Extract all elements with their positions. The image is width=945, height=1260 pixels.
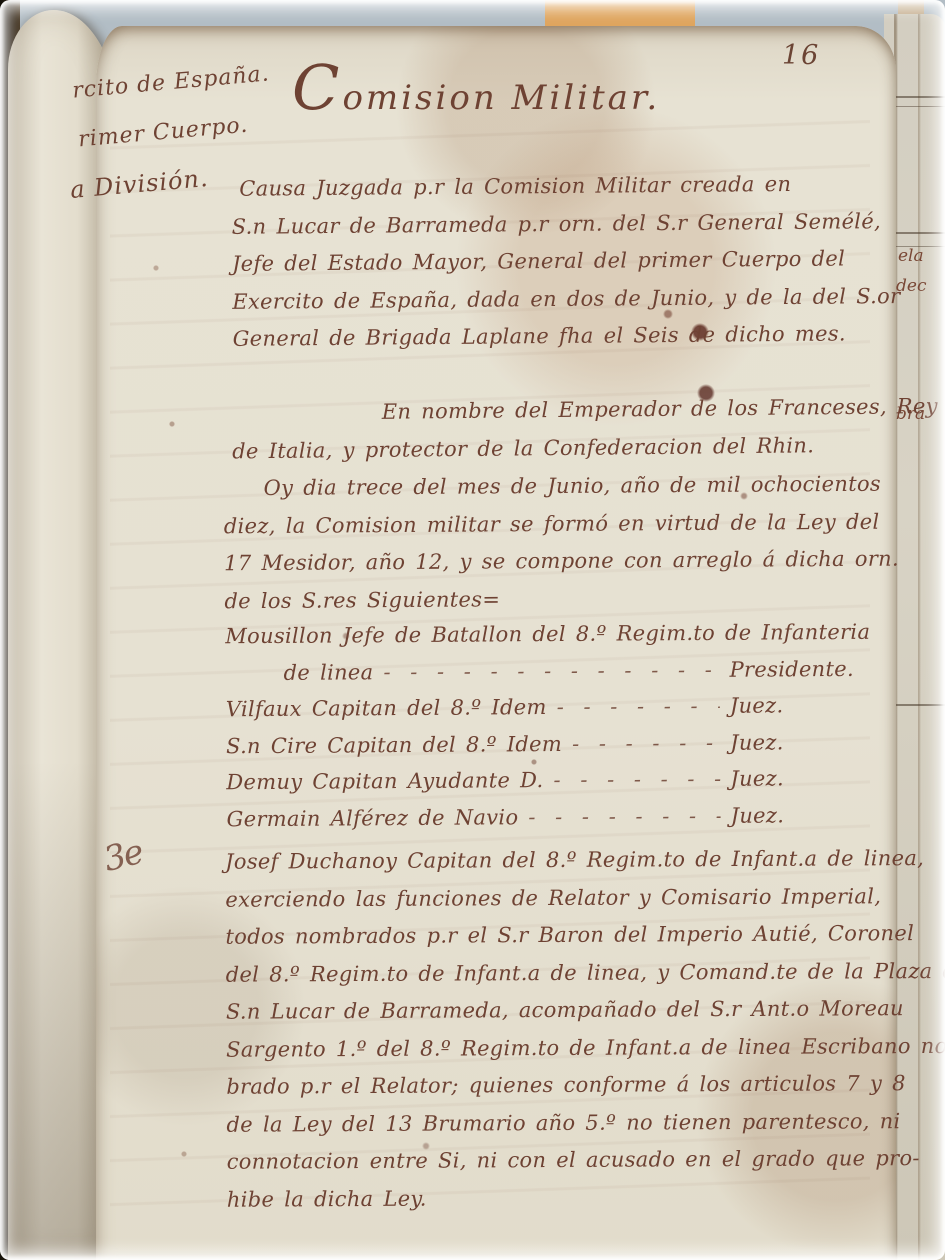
paragraph-in-name-of-emperor: En nombre del Emperador de los Franceses…: [232, 389, 881, 471]
dash-leader: - - - - - - - - - - - - - - - - - - - -: [383, 657, 719, 683]
roster-role: Juez.: [730, 766, 878, 791]
roster-entry: Vilfaux Capitan del 8.º Idem: [226, 695, 547, 721]
text-line: Exercito de España, dada en dos de Junio…: [232, 278, 880, 321]
text-line: de los S.res Siguientes=: [224, 578, 872, 620]
text-line: General de Brigada Laplane fha el Seis d…: [233, 315, 881, 358]
roster-row-judge: Germain Alférez de Navio - - - - - - - -…: [227, 802, 879, 843]
text-line: Jefe del Estado Mayor, General del prime…: [232, 240, 880, 283]
text-line: Causa Juzgada p.r la Comision Militar cr…: [231, 165, 879, 208]
text-line: connotacion entre Si, ni con el acusado …: [227, 1140, 875, 1181]
roster-entry: de linea: [283, 660, 373, 685]
roster-entry: Germain Alférez de Navio: [227, 805, 519, 831]
fore-edge-rule-mark: [890, 96, 945, 107]
text-line: todos nombrados p.r el S.r Baron del Imp…: [225, 915, 873, 956]
text-line: Sargento 1.º del 8.º Regim.to de Infant.…: [226, 1028, 874, 1069]
roster-role: Juez.: [730, 693, 878, 718]
text-line: 17 Mesidor, año 12, y se compone con arr…: [224, 541, 872, 583]
paragraph-relator-and-clerk: Josef Duchanoy Capitan del 8.º Regim.to …: [225, 840, 875, 1218]
roster-row-president: Mousillon Jefe de Batallon del 8.º Regim…: [225, 620, 877, 661]
page-number: 16: [782, 40, 820, 71]
commission-members-roster: Mousillon Jefe de Batallon del 8.º Regim…: [225, 620, 879, 844]
roster-entry: S.n Cire Capitan del 8.º Idem: [226, 731, 562, 757]
roster-role: Presidente.: [729, 656, 877, 681]
text-line: hibe la dicha Ley.: [227, 1178, 875, 1219]
paragraph-commission-formed: Oy dia trece del mes de Junio, año de mi…: [223, 466, 872, 621]
dash-leader: - - - - - - - - - - - - - -: [572, 730, 720, 755]
dash-leader: - - - - - - - - - - - - - -: [553, 767, 720, 792]
text-line: S.n Lucar de Barrameda, acompañado del S…: [226, 990, 874, 1031]
text-line: diez, la Comision militar se formó en vi…: [224, 503, 872, 545]
fore-edge-rule-mark: [890, 232, 945, 247]
text-line: de Italia, y protector de la Confederaci…: [232, 426, 880, 470]
text-line: Oy dia trece del mes de Junio, año de mi…: [223, 466, 871, 508]
text-line: del 8.º Regim.to de Infant.a de linea, y…: [226, 953, 874, 994]
text-line: S.n Lucar de Barrameda p.r orn. del S.r …: [232, 203, 880, 246]
dash-leader: - - - - - - - - - - - - - -: [528, 803, 720, 828]
text-line: exerciendo las funciones de Relator y Co…: [225, 878, 873, 919]
fore-edge-rule-mark: [890, 704, 945, 714]
roster-role: Juez.: [731, 802, 879, 827]
roster-row-judge: Vilfaux Capitan del 8.º Idem - - - - - -…: [226, 693, 878, 734]
paragraph-cause-judged: Causa Juzgada p.r la Comision Militar cr…: [231, 165, 881, 358]
roster-row-judge: S.n Cire Capitan del 8.º Idem - - - - - …: [226, 729, 878, 770]
text-line: En nombre del Emperador de los Franceses…: [232, 389, 880, 433]
manuscript-photo: ela dec bra 16 Comision Militar. rcito d…: [0, 0, 945, 1260]
neighbor-page-text-fragment: ela: [898, 246, 924, 266]
roster-role: Juez.: [730, 729, 878, 754]
text-line: de la Ley del 13 Brumario año 5.º no tie…: [226, 1103, 874, 1144]
document-title: Comision Militar.: [292, 78, 660, 118]
roster-row-president-continued: de linea - - - - - - - - - - - - - - - -…: [225, 656, 877, 697]
dash-leader: - - - - - - - - - - - - - -: [557, 694, 720, 719]
text-line: brado p.r el Relator; quienes conforme á…: [226, 1065, 874, 1106]
roster-entry: Mousillon Jefe de Batallon del 8.º Regim…: [225, 620, 870, 649]
roster-entry: Demuy Capitan Ayudante D.: [226, 768, 543, 794]
text-line: Josef Duchanoy Capitan del 8.º Regim.to …: [225, 840, 873, 881]
roster-row-judge: Demuy Capitan Ayudante D. - - - - - - - …: [226, 766, 878, 807]
neighbor-page-text-fragment: dec: [896, 276, 926, 296]
